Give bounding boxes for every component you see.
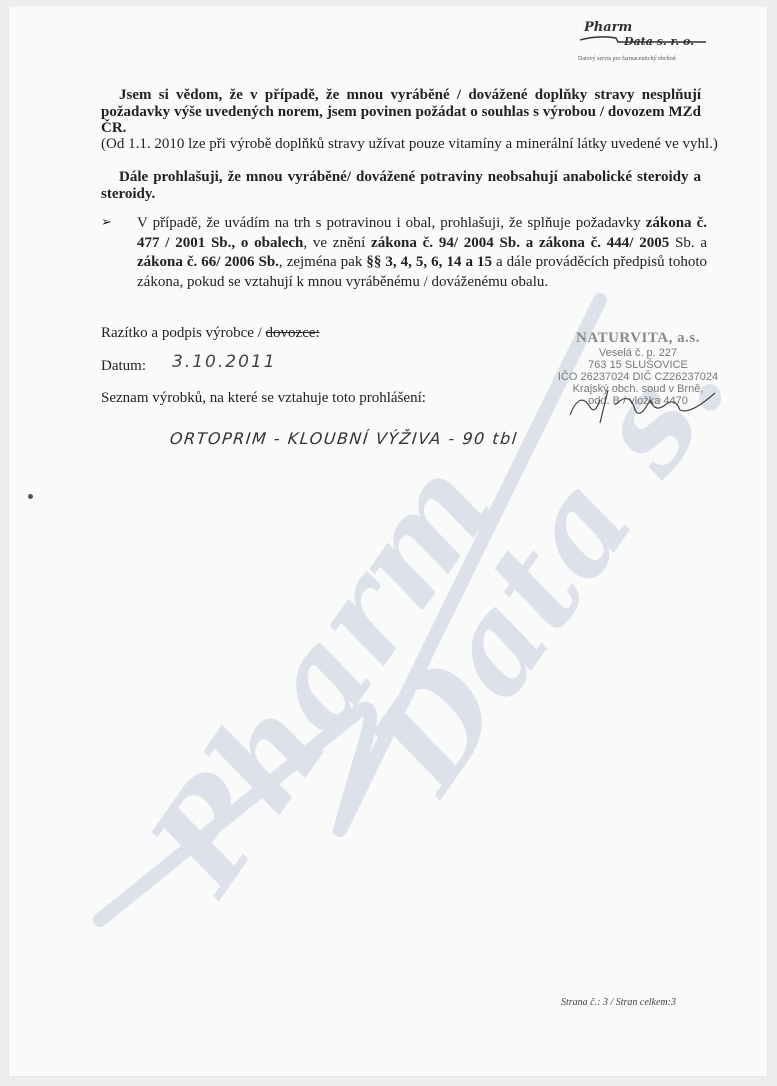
logo-tagline: Datový servis pro farmaceutický obchod xyxy=(578,56,676,62)
date-label: Datum: xyxy=(101,358,146,375)
packaging-declaration-text: V případě, že uvádím na trh s potravinou… xyxy=(137,214,707,292)
signature-label: Razítko a podpis výrobce / dovozce: xyxy=(101,325,320,342)
paragraph-steroids-declaration: Dále prohlašuji, že mnou vyráběné/ dováž… xyxy=(101,169,701,202)
product-list-label: Seznam výrobků, na které se vztahuje tot… xyxy=(101,390,426,407)
paragraph-vitamins-note: (Od 1.1. 2010 lze při výrobě doplňků str… xyxy=(101,136,721,153)
handwritten-product-name: ORTOPRIM - KLOUBNÍ VÝŽIVA - 90 tbl xyxy=(169,429,519,448)
stamp-line: 763 15 SLUŠOVICE xyxy=(538,359,738,371)
logo-text-data: Data s. r. o. xyxy=(624,35,694,48)
document-page xyxy=(9,6,767,1076)
stamp-line: IČO 26237024 DIČ CZ26237024 xyxy=(538,371,738,383)
pharmdata-logo: Pharm Data s. r. o. Datový servis pro fa… xyxy=(578,20,708,64)
arrow-bullet-icon: ➢ xyxy=(101,214,112,230)
stamp-line: Veselá č. p. 227 xyxy=(538,347,738,359)
handwritten-signature xyxy=(560,385,720,425)
stamp-company-name: NATURVITA, a.s. xyxy=(538,330,738,347)
handwritten-date: 3.10.2011 xyxy=(172,352,277,372)
struck-importer-label: dovozce: xyxy=(266,325,320,341)
page-number-footer: Strana č.: 3 / Stran celkem:3 xyxy=(561,997,676,1008)
paragraph-approval-duty: Jsem si vědom, že v případě, že mnou vyr… xyxy=(101,87,701,137)
scan-speck xyxy=(28,494,33,499)
